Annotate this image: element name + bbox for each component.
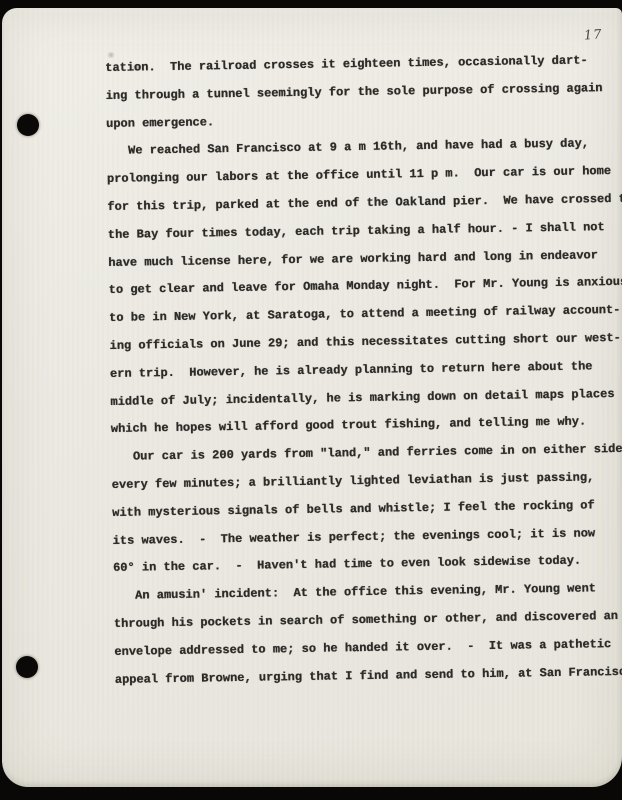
page-number: 17 xyxy=(583,27,603,43)
hole-punch-bottom xyxy=(16,656,38,678)
typewritten-text-block: tation. The railroad crosses it eighteen… xyxy=(105,47,622,695)
scanned-paper-sheet: 17 tation. The railroad crosses it eight… xyxy=(2,8,622,787)
hole-punch-top xyxy=(17,114,39,136)
